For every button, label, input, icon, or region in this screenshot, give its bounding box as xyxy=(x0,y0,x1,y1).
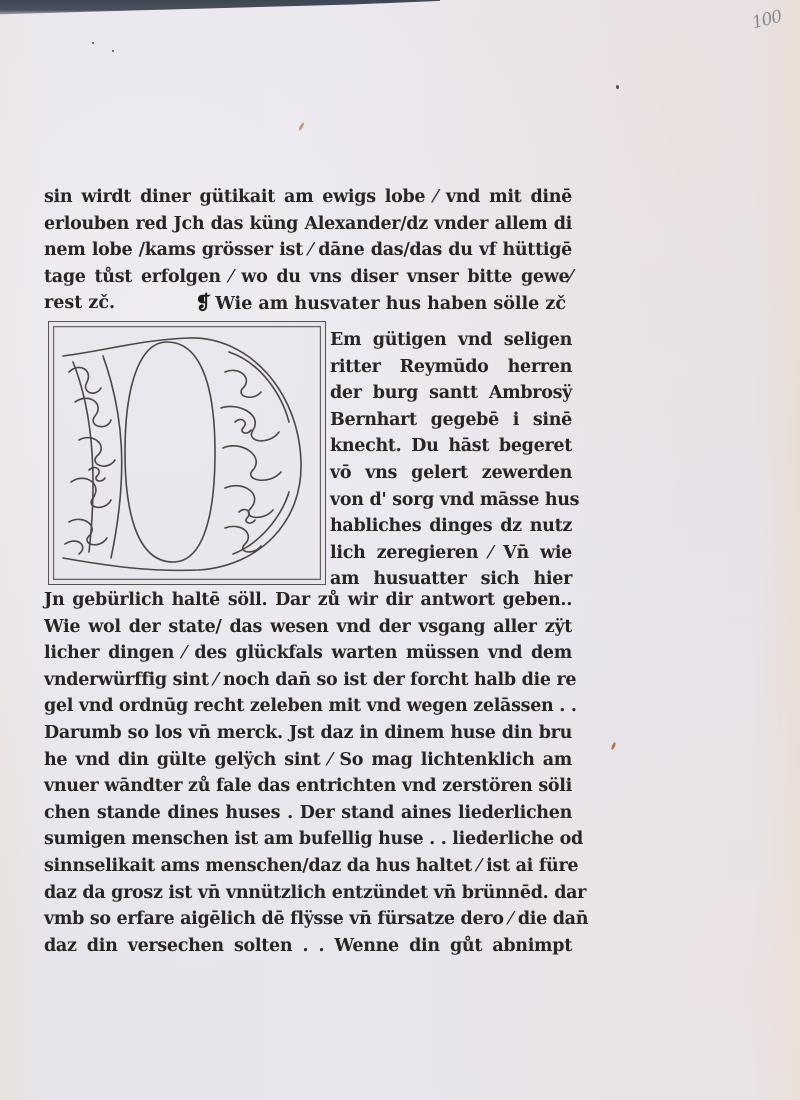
text-line: daz din versechen solten . . Wenne din g… xyxy=(44,933,572,960)
decorated-initial-d-icon xyxy=(49,322,325,584)
text-line: der burg santt Ambrosÿ xyxy=(330,380,572,407)
chapter-heading-line: rest zč. ❡Wie am husvater hus haben söll… xyxy=(44,290,572,317)
text-line: tage tůst erfolgen ⁄ wo du vns diser vns… xyxy=(44,264,572,291)
manuscript-page: 100 sin wirdt diner gütikait am ewigs lo… xyxy=(0,0,800,1100)
text-line: nem lobe /kams grösser ist ⁄ dāne das/da… xyxy=(44,237,572,264)
foxing-speck xyxy=(92,42,94,44)
text-block: sin wirdt diner gütikait am ewigs lobe ⁄… xyxy=(44,184,572,959)
text-line: erlouben red Jch das küng Alexander/dz v… xyxy=(44,211,572,238)
pilcrow-icon: ❡ xyxy=(195,290,211,317)
text-line: vnuer wāndter zů fale das entrichten vnd… xyxy=(44,773,572,800)
text-line: he vnd din gülte gelÿch sint ⁄ So mag li… xyxy=(44,747,572,774)
text-line: sinnselikait ams menschen/daz da hus hal… xyxy=(44,853,572,880)
text-line: daz da grosz ist vn̄ vnnützlich entzünde… xyxy=(44,880,572,907)
text-line: vō vns gelert zewerden xyxy=(330,460,572,487)
foxing-speck xyxy=(298,122,305,131)
line-end-text: rest zč. xyxy=(44,290,115,317)
text-line: vnderwürffig sint ⁄ noch dan̄ so ist der… xyxy=(44,667,572,694)
foxing-speck xyxy=(112,50,114,52)
chapter-heading: ❡Wie am husvater hus haben sölle zč xyxy=(195,290,566,317)
background-edge xyxy=(0,0,440,18)
text-line: Bernhart gegebē i sinē xyxy=(330,407,572,434)
text-line: Em gütigen vnd seligen xyxy=(330,327,572,354)
text-line: sin wirdt diner gütikait am ewigs lobe ⁄… xyxy=(44,184,572,211)
initial-side-text: Em gütigen vnd seligen ritter Reymūdo he… xyxy=(330,327,572,593)
text-line: vmb so erfare aigēlich dē flÿsse vn̄ für… xyxy=(44,906,572,933)
chapter-heading-text: Wie am husvater hus haben sölle zč xyxy=(215,294,566,314)
foxing-speck xyxy=(616,85,619,89)
initial-section: Em gütigen vnd seligen ritter Reymūdo he… xyxy=(44,321,572,587)
text-line: lich zeregieren ⁄ Vn̄ wie xyxy=(330,540,572,567)
text-line: chen stande dines huses . Der stand aine… xyxy=(44,800,572,827)
text-line: habliches dinges dz nutz xyxy=(330,513,572,540)
text-line: ritter Reymūdo herren xyxy=(330,354,572,381)
foxing-speck xyxy=(610,742,616,751)
text-line: knecht. Du hāst begeret xyxy=(330,433,572,460)
text-line: licher dingen ⁄ des glückfals warten müs… xyxy=(44,640,572,667)
text-line: Darumb so los vn̄ merck. Jst daz in dine… xyxy=(44,720,572,747)
folio-number: 100 xyxy=(750,7,783,34)
text-line: gel vnd ordnūg recht zeleben mit vnd weg… xyxy=(44,693,572,720)
text-line: sumigen menschen ist am bufellig huse . … xyxy=(44,826,572,853)
text-line: Wie wol der state/ das wesen vnd der vsg… xyxy=(44,614,572,641)
text-line: von d' sorg vnd māsse hus xyxy=(330,487,572,514)
decorated-initial xyxy=(48,321,326,585)
text-line: am husuatter sich hier xyxy=(330,566,572,593)
